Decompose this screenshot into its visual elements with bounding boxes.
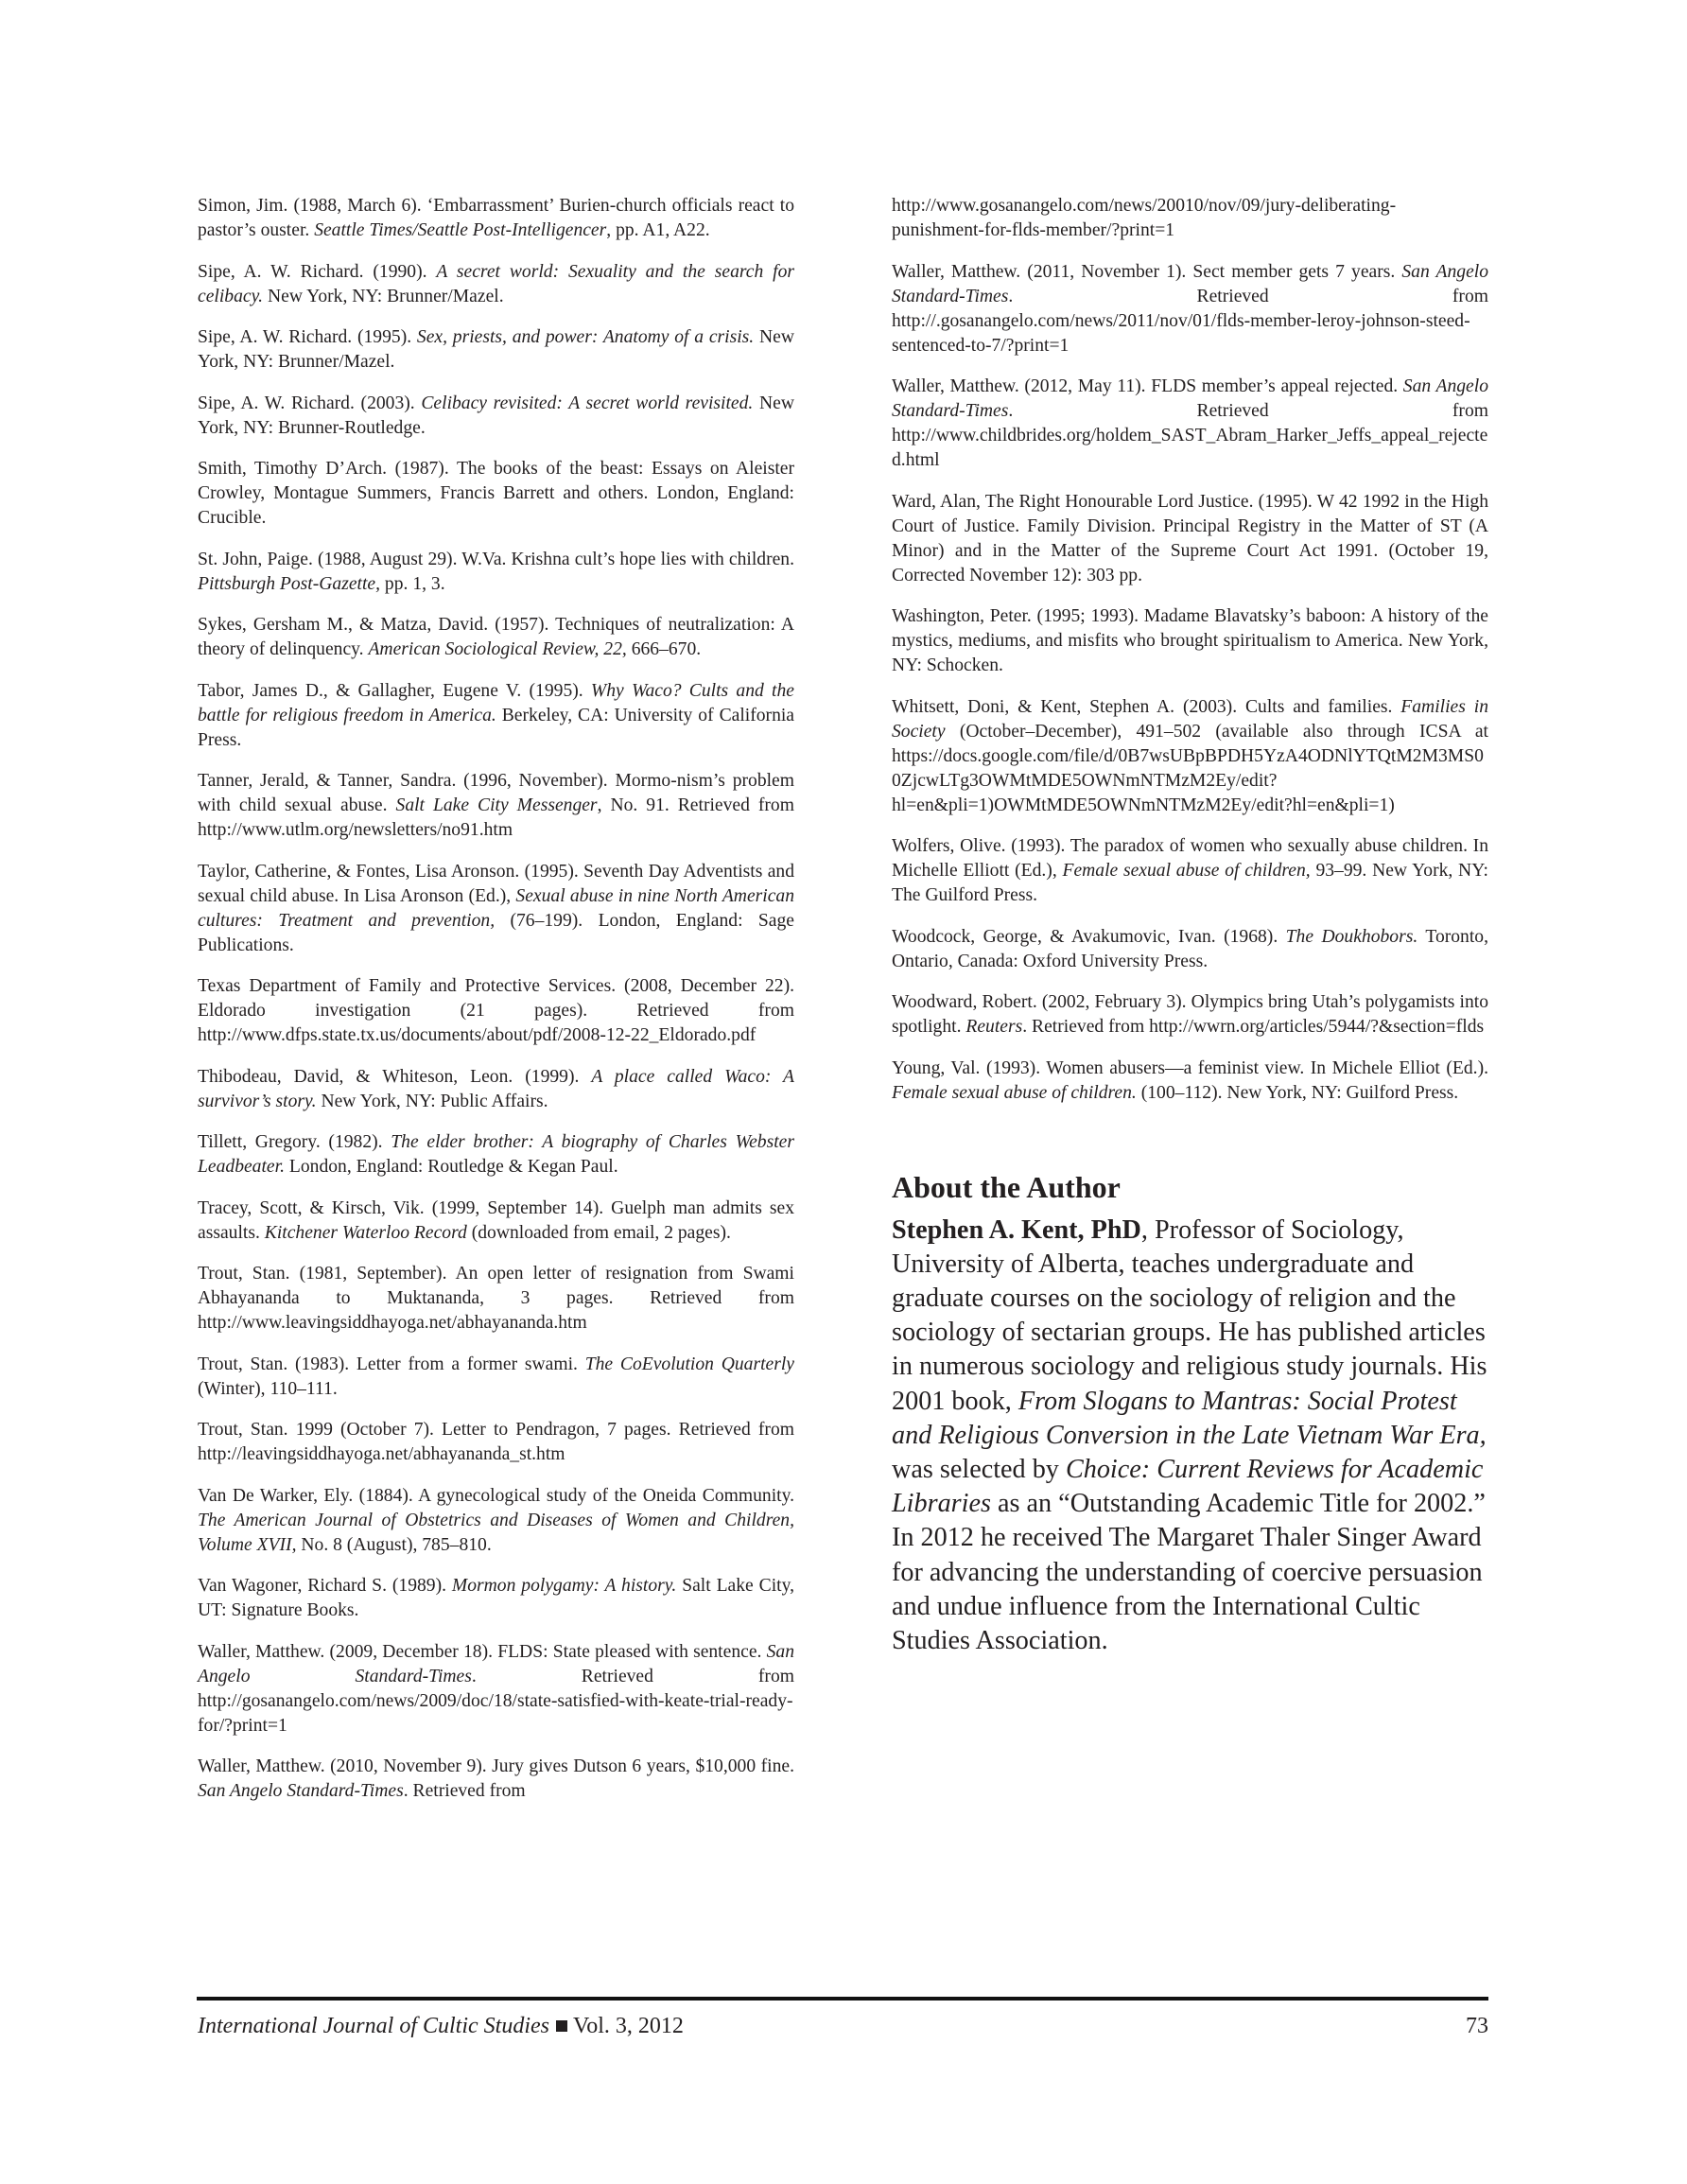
- reference-entry: Sipe, A. W. Richard. (2003). Celibacy re…: [198, 392, 794, 441]
- text-run: Texas Department of Family and Protectiv…: [198, 976, 794, 1045]
- text-run: (100–112). New York, NY: Guilford Press.: [1137, 1083, 1458, 1103]
- italic-title: Pittsburgh Post-Gazette,: [198, 574, 380, 594]
- text-run: 666–670.: [627, 639, 701, 659]
- text-run: Waller, Matthew. (2009, December 18). FL…: [198, 1642, 767, 1662]
- reference-entry: Sipe, A. W. Richard. (1995). Sex, priest…: [198, 325, 794, 375]
- text-run: Trout, Stan. 1999 (October 7). Letter to…: [198, 1420, 794, 1464]
- text-run: Waller, Matthew. (2010, November 9). Jur…: [198, 1756, 794, 1776]
- bold-text: Stephen A. Kent, PhD: [892, 1215, 1141, 1245]
- text-run: Woodcock, George, & Avakumovic, Ivan. (1…: [892, 927, 1286, 947]
- reference-entry: Waller, Matthew. (2010, November 9). Jur…: [198, 1755, 794, 1804]
- text-run: Whitsett, Doni, & Kent, Stephen A. (2003…: [892, 697, 1400, 717]
- text-run: Sipe, A. W. Richard. (2003).: [198, 393, 421, 413]
- text-run: Young, Val. (1993). Women abusers—a femi…: [892, 1058, 1488, 1078]
- page-number: 73: [1466, 2011, 1488, 2041]
- reference-entry: Sipe, A. W. Richard. (1990). A secret wo…: [198, 260, 794, 309]
- text-run: . Retrieved from http://wwrn.org/article…: [1022, 1017, 1484, 1037]
- reference-entry: Sykes, Gersham M., & Matza, David. (1957…: [198, 613, 794, 662]
- italic-title: Mormon polygamy: A history.: [452, 1576, 676, 1596]
- text-run: London, England: Routledge & Kegan Paul.: [285, 1157, 618, 1177]
- italic-title: The American Journal of Obstetrics and D…: [198, 1511, 794, 1555]
- text-run: http://www.gosanangelo.com/news/20010/no…: [892, 196, 1396, 240]
- reference-entry: Waller, Matthew. (2009, December 18). FL…: [198, 1640, 794, 1738]
- text-run: Washington, Peter. (1995; 1993). Madame …: [892, 606, 1488, 675]
- text-run: Waller, Matthew. (2011, November 1). Sec…: [892, 262, 1401, 282]
- text-run: . Retrieved from: [404, 1781, 526, 1801]
- text-run: Van De Warker, Ely. (1884). A gynecologi…: [198, 1486, 794, 1506]
- reference-entry: Smith, Timothy D’Arch. (1987). The books…: [198, 457, 794, 531]
- reference-entry: Woodcock, George, & Avakumovic, Ivan. (1…: [892, 925, 1488, 974]
- text-run: New York, NY: Brunner/Mazel.: [263, 287, 504, 306]
- reference-entry: Tracey, Scott, & Kirsch, Vik. (1999, Sep…: [198, 1197, 794, 1246]
- text-run: was selected by: [892, 1455, 1066, 1484]
- about-author-heading: About the Author: [892, 1168, 1488, 1206]
- reference-list: Simon, Jim. (1988, March 6). ‘Embarrassm…: [198, 194, 794, 1804]
- text-run: Tabor, James D., & Gallagher, Eugene V. …: [198, 681, 591, 701]
- references-right-column: http://www.gosanangelo.com/news/20010/no…: [892, 194, 1488, 1685]
- reference-entry: Tanner, Jerald, & Tanner, Sandra. (1996,…: [198, 769, 794, 843]
- reference-entry: Texas Department of Family and Protectiv…: [198, 974, 794, 1048]
- references-left-column: Simon, Jim. (1988, March 6). ‘Embarrassm…: [198, 194, 794, 1821]
- text-run: (Winter), 110–111.: [198, 1379, 338, 1399]
- page-footer: International Journal of Cultic StudiesV…: [198, 2011, 1488, 2043]
- text-run: Thibodeau, David, & Whiteson, Leon. (199…: [198, 1067, 591, 1087]
- italic-title: Reuters: [965, 1017, 1022, 1037]
- black-square-icon: [556, 2020, 567, 2032]
- italic-title: American Sociological Review, 22,: [368, 639, 626, 659]
- reference-entry: Washington, Peter. (1995; 1993). Madame …: [892, 604, 1488, 678]
- text-run: New York, NY: Public Affairs.: [317, 1092, 548, 1111]
- text-run: , pp. A1, A22.: [606, 220, 709, 240]
- text-run: pp. 1, 3.: [380, 574, 445, 594]
- reference-entry: St. John, Paige. (1988, August 29). W.Va…: [198, 548, 794, 597]
- journal-title: International Journal of Cultic Studies: [198, 2014, 549, 2038]
- reference-entry: Taylor, Catherine, & Fontes, Lisa Aronso…: [198, 860, 794, 958]
- reference-list: Waller, Matthew. (2011, November 1). Sec…: [892, 260, 1488, 1106]
- italic-title: Female sexual abuse of children.: [892, 1083, 1137, 1103]
- italic-title: The Doukhobors.: [1286, 927, 1418, 947]
- text-run: Trout, Stan. (1981, September). An open …: [198, 1264, 794, 1333]
- italic-title: Female sexual abuse of children,: [1062, 861, 1310, 881]
- reference-entry: Trout, Stan. (1983). Letter from a forme…: [198, 1353, 794, 1402]
- volume-info: Vol. 3, 2012: [573, 2014, 684, 2038]
- text-run: St. John, Paige. (1988, August 29). W.Va…: [198, 550, 794, 569]
- reference-entry: Young, Val. (1993). Women abusers—a femi…: [892, 1057, 1488, 1106]
- text-run: (downloaded from email, 2 pages).: [467, 1223, 731, 1243]
- reference-entry: Woodward, Robert. (2002, February 3). Ol…: [892, 990, 1488, 1040]
- text-run: Van Wagoner, Richard S. (1989).: [198, 1576, 452, 1596]
- text-run: No. 8 (August), 785–810.: [296, 1535, 491, 1555]
- author-bio: Stephen A. Kent, PhD, Professor of Socio…: [892, 1214, 1488, 1659]
- reference-entry: Tabor, James D., & Gallagher, Eugene V. …: [198, 679, 794, 753]
- text-run: Tillett, Gregory. (1982).: [198, 1132, 391, 1152]
- italic-title: Seattle Times/Seattle Post-Intelligencer: [314, 220, 606, 240]
- text-run: Ward, Alan, The Right Honourable Lord Ju…: [892, 492, 1488, 585]
- reference-entry: Van De Warker, Ely. (1884). A gynecologi…: [198, 1484, 794, 1558]
- reference-entry: Trout, Stan. 1999 (October 7). Letter to…: [198, 1418, 794, 1467]
- reference-entry: Waller, Matthew. (2012, May 11). FLDS me…: [892, 375, 1488, 473]
- text-run: (October–December), 491–502 (available a…: [892, 722, 1488, 815]
- italic-title: Sex, priests, and power: Anatomy of a cr…: [417, 327, 754, 347]
- reference-entry: Simon, Jim. (1988, March 6). ‘Embarrassm…: [198, 194, 794, 243]
- italic-title: San Angelo Standard-Times: [198, 1781, 404, 1801]
- footer-rule: [197, 1997, 1488, 2001]
- reference-entry: Wolfers, Olive. (1993). The paradox of w…: [892, 834, 1488, 908]
- reference-entry: Trout, Stan. (1981, September). An open …: [198, 1262, 794, 1336]
- reference-entry: Ward, Alan, The Right Honourable Lord Ju…: [892, 490, 1488, 588]
- italic-title: Salt Lake City Messenger: [396, 795, 598, 815]
- text-run: Smith, Timothy D’Arch. (1987). The books…: [198, 459, 794, 528]
- reference-entry: Waller, Matthew. (2011, November 1). Sec…: [892, 260, 1488, 358]
- reference-entry: Whitsett, Doni, & Kent, Stephen A. (2003…: [892, 695, 1488, 818]
- reference-entry: Tillett, Gregory. (1982). The elder brot…: [198, 1130, 794, 1179]
- italic-title: Kitchener Waterloo Record: [265, 1223, 467, 1243]
- reference-entry: Thibodeau, David, & Whiteson, Leon. (199…: [198, 1065, 794, 1114]
- text-run: Sipe, A. W. Richard. (1990).: [198, 262, 436, 282]
- text-run: Waller, Matthew. (2012, May 11). FLDS me…: [892, 376, 1403, 396]
- italic-title: Celibacy revisited: A secret world revis…: [421, 393, 753, 413]
- reference-entry: Van Wagoner, Richard S. (1989). Mormon p…: [198, 1574, 794, 1623]
- italic-title: The CoEvolution Quarterly: [585, 1354, 794, 1374]
- reference-continuation: http://www.gosanangelo.com/news/20010/no…: [892, 194, 1488, 243]
- text-run: Sipe, A. W. Richard. (1995).: [198, 327, 417, 347]
- text-run: Trout, Stan. (1983). Letter from a forme…: [198, 1354, 585, 1374]
